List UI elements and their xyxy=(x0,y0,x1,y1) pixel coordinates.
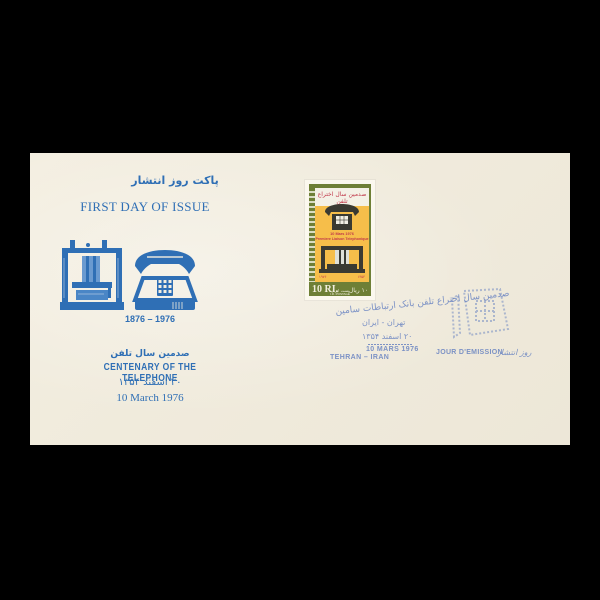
stamp-year-left: ۱۹۷۶ xyxy=(319,275,327,279)
postmark-city: TEHRAN – IRAN xyxy=(330,354,389,361)
stamp-caption-text: Premiere Liaison Telephonique xyxy=(313,237,371,241)
stamp-value-persian: ۱۰ ریال xyxy=(349,287,368,294)
cachet-years: 1876 – 1976 xyxy=(100,314,200,324)
postmark-date: 10 MARS 1976 xyxy=(366,346,419,353)
cachet-date-english: 10 March 1976 xyxy=(85,392,215,404)
postmark-persian-city: تهران - ایران xyxy=(362,318,405,327)
cachet-title-english: FIRST DAY OF ISSUE xyxy=(65,199,225,215)
postmark-persian-date: ۲۰ اسفند ۱۳۵۴ xyxy=(362,332,412,341)
stamp-header-text: صدمین سال اختراع تلفن xyxy=(313,191,371,205)
cachet-centenary-persian: صدمین سال تلفن xyxy=(100,349,200,359)
cachet-title-persian: پاکت روز انتشار xyxy=(125,174,225,187)
stamp-caption-date: 10 Mars 1976 xyxy=(313,232,371,236)
early-telephone-apparatus-icon xyxy=(58,238,126,312)
stamp-telephone-icon xyxy=(323,204,361,232)
stamp-country-latin: I.R. POSTAGE xyxy=(329,292,351,296)
postmark-telephone-icon xyxy=(448,285,512,345)
stamp-old-telephone-icon xyxy=(319,244,365,274)
postage-stamp: صدمین سال اختراع تلفن 10 Mars 1976 Premi… xyxy=(305,180,375,300)
stamp-year-right: ۱۳۵۴ xyxy=(357,275,365,279)
postmark-persian-jour: روز انتشار xyxy=(497,348,531,357)
cachet-date-persian: ۲۰ اسفند ۱۳۵۴ xyxy=(100,377,200,388)
push-button-telephone-icon xyxy=(131,248,199,312)
postmark-divider xyxy=(368,344,412,345)
postmark-jour-emission: JOUR D'EMISSION xyxy=(436,349,503,356)
